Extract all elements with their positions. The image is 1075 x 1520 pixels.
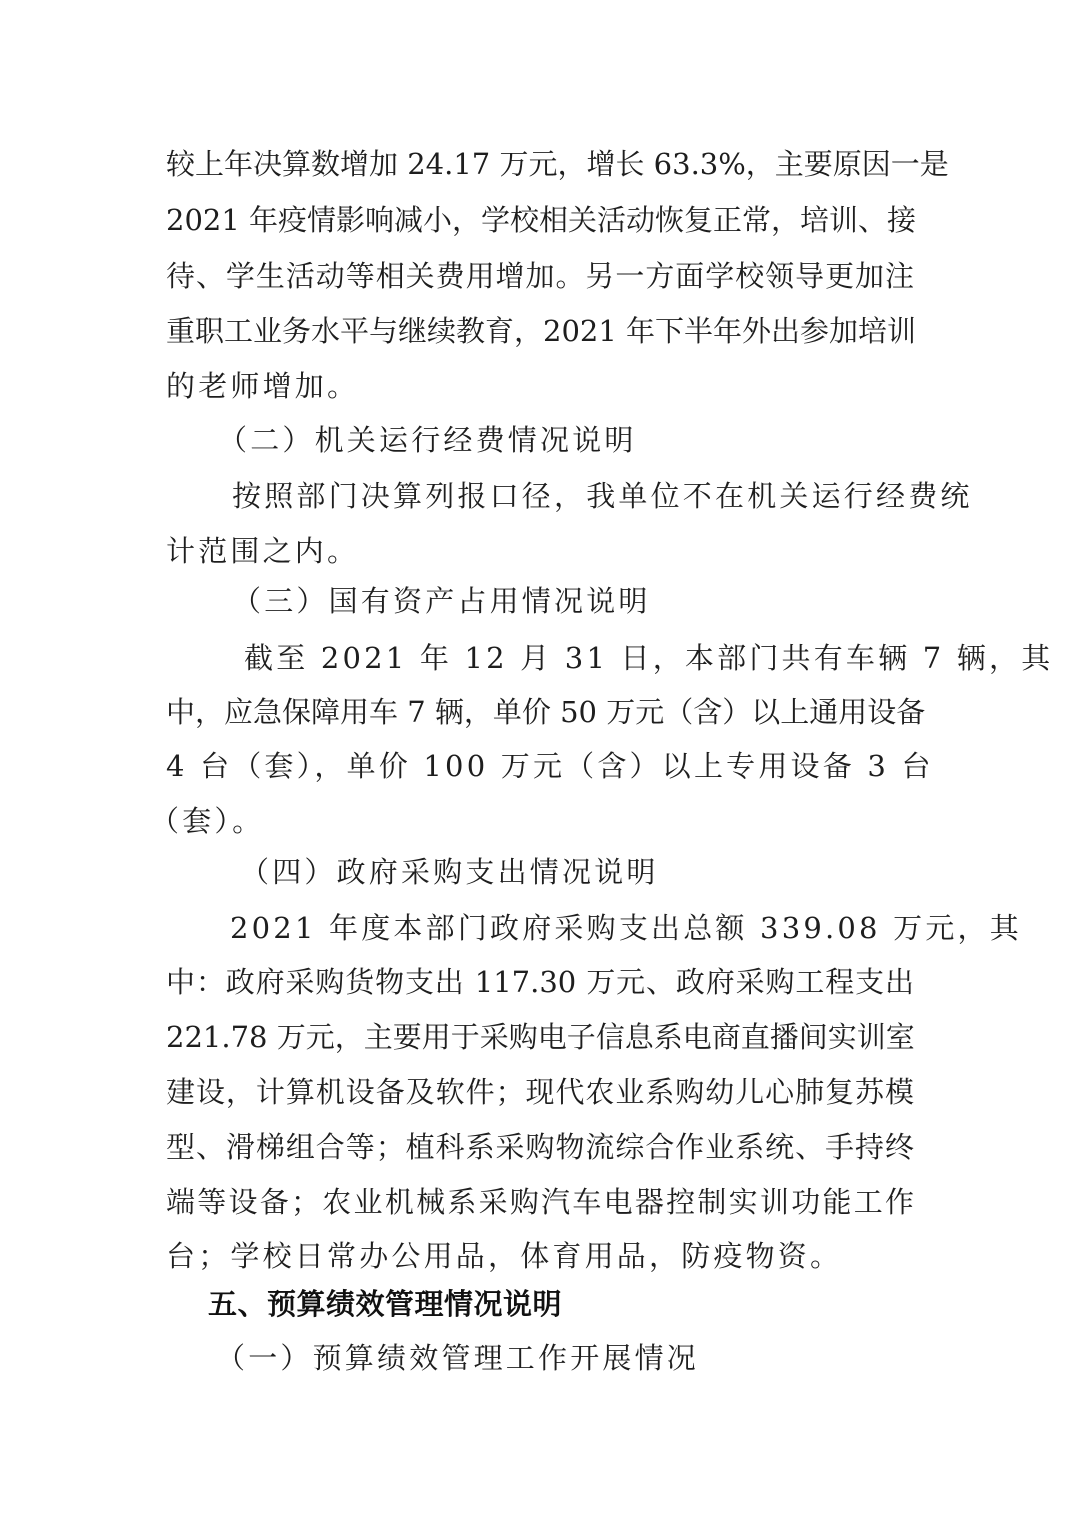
document-page: 较上年决算数增加 24.17 万元，增长 63.3%，主要原因一是 2021 年… xyxy=(0,0,1075,1520)
paragraph-line: 221.78 万元，主要用于采购电子信息系电商直播间实训室 xyxy=(166,1019,914,1055)
subsection-heading-1: （一）预算绩效管理工作开展情况 xyxy=(216,1340,699,1376)
subsection-heading-2: （二）机关运行经费情况说明 xyxy=(218,422,637,458)
subsection-heading-3: （三）国有资产占用情况说明 xyxy=(232,583,651,619)
paragraph-line: 中，应急保障用车 7 辆，单价 50 万元（含）以上通用设备 xyxy=(166,694,914,730)
paragraph-line: 2021 年疫情影响减小，学校相关活动恢复正常，培训、接 xyxy=(166,202,914,238)
section-heading: 五、预算绩效管理情况说明 xyxy=(208,1286,562,1322)
paragraph-line: 按照部门决算列报口径，我单位不在机关运行经费统 xyxy=(232,478,973,514)
paragraph-line: 较上年决算数增加 24.17 万元，增长 63.3%，主要原因一是 xyxy=(166,146,914,182)
paragraph-line: 的老师增加。 xyxy=(166,368,359,404)
paragraph-line: 4 台（套），单价 100 万元（含）以上专用设备 3 台 xyxy=(166,748,934,784)
paragraph-line: 截至 2021 年 12 月 31 日，本部门共有车辆 7 辆，其 xyxy=(244,640,1053,676)
paragraph-line: 2021 年度本部门政府采购支出总额 339.08 万元，其 xyxy=(230,910,1022,946)
paragraph-line: 待、学生活动等相关费用增加。另一方面学校领导更加注 xyxy=(166,258,914,294)
subsection-heading-4: （四）政府采购支出情况说明 xyxy=(240,854,659,890)
paragraph-line: 建设，计算机设备及软件；现代农业系购幼儿心肺复苏模 xyxy=(166,1074,914,1110)
paragraph-line: 端等设备；农业机械系采购汽车电器控制实训功能工作 xyxy=(166,1184,914,1220)
paragraph-line: 计范围之内。 xyxy=(166,533,359,569)
paragraph-line: 中：政府采购货物支出 117.30 万元、政府采购工程支出 xyxy=(166,964,914,1000)
paragraph-line: 台；学校日常办公用品，体育用品，防疫物资。 xyxy=(166,1238,842,1274)
paragraph-line: （套）。 xyxy=(150,803,264,839)
paragraph-line: 重职工业务水平与继续教育，2021 年下半年外出参加培训 xyxy=(166,313,914,349)
paragraph-line: 型、滑梯组合等；植科系采购物流综合作业系统、手持终 xyxy=(166,1129,914,1165)
